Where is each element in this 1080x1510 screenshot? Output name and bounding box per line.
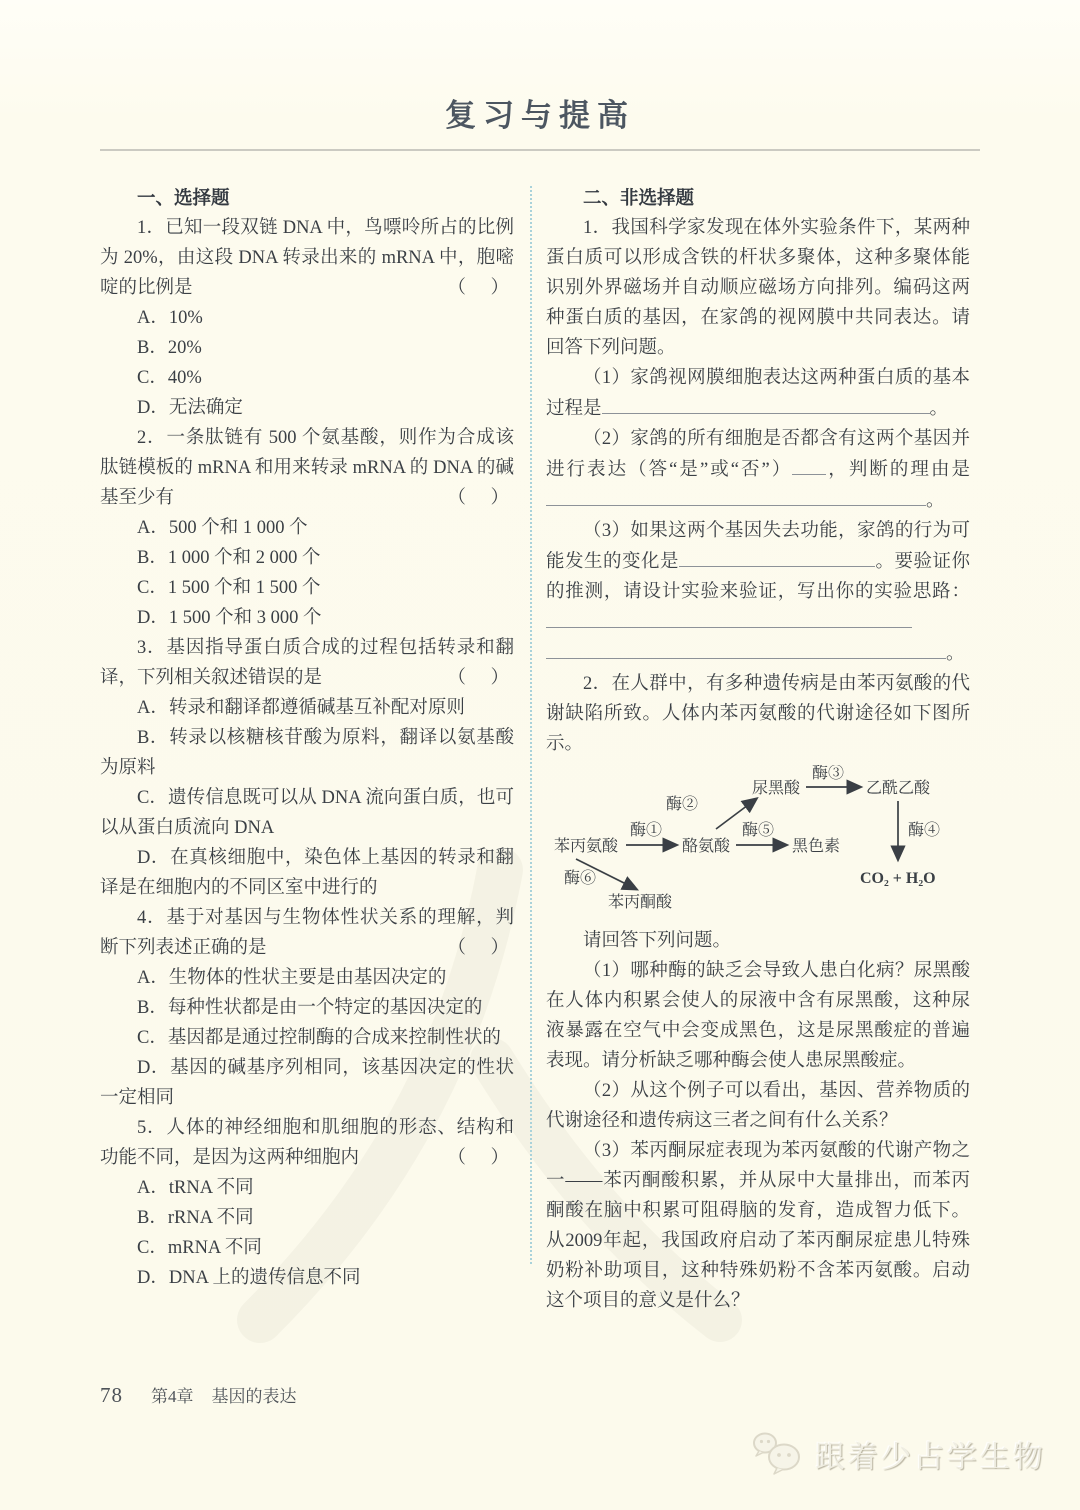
label-enzyme1: 酶① — [630, 821, 662, 839]
free-q2-prompt: 请回答下列问题。 — [546, 926, 970, 956]
answer-blank — [602, 393, 930, 414]
footer-section: 基因的表达 — [212, 1382, 297, 1407]
label-enzyme3: 酶③ — [812, 765, 844, 782]
answer-bracket: （ ） — [447, 273, 512, 303]
q5-option-d: D．DNA 上的遗传信息不同 — [100, 1263, 514, 1293]
left-column: 一、选择题 1．已知一段双链 DNA 中，鸟嘌呤所占的比例为 20%，由这段 D… — [100, 182, 514, 1316]
free-q2-part2: （2）从这个例子可以看出，基因、营养物质的代谢途径和遗传病这三者之间有什么关系？ — [546, 1076, 970, 1136]
label-enzyme4: 酶④ — [908, 821, 940, 839]
title-rule — [100, 149, 980, 151]
q1-option-d: D．无法确定 — [100, 393, 514, 423]
brand-watermark: 跟着少占学生物 — [751, 1430, 1046, 1478]
answer-blank — [792, 454, 826, 475]
q3-option-d: D．在真核细胞中，染色体上基因的转录和翻译是在细胞内的不同区室中进行的 — [100, 843, 514, 903]
node-acetoacetate: 乙酰乙酸 — [866, 779, 931, 797]
free-q1-part3-blank-line: 。 — [546, 638, 970, 669]
free-q1-part1: （1）家鸽视网膜细胞表达这两种蛋白质的基本过程是。 — [546, 363, 970, 424]
q4-stem: 4．基于对基因与生物体性状关系的理解，判断下列表述正确的是（ ） — [100, 903, 514, 963]
q5-stem: 5．人体的神经细胞和肌细胞的形态、结构和功能不同，是因为这两种细胞内（ ） — [100, 1113, 514, 1173]
free-q2-part3: （3）苯丙酮尿症表现为苯丙氨酸的代谢产物之一——苯丙酮酸积累，并从尿中大量排出，… — [546, 1136, 970, 1316]
section-title-choice: 一、选择题 — [100, 182, 514, 213]
free-q1-part3: （3）如果这两个基因失去功能，家鸽的行为可能发生的变化是。要验证你的推测，请设计… — [546, 516, 970, 638]
two-column-layout: 一、选择题 1．已知一段双链 DNA 中，鸟嘌呤所占的比例为 20%，由这段 D… — [100, 182, 982, 1316]
q4-option-b: B．每种性状都是由一个特定的基因决定的 — [100, 993, 514, 1023]
free-q1-part2: （2）家鸽的所有细胞是否都含有这两个基因并进行表达（答“是”或“否”），判断的理… — [546, 424, 970, 516]
q1-option-c: C．40% — [100, 363, 514, 393]
q1-option-a: A．10% — [100, 303, 514, 333]
metabolic-pathway-diagram: 苯丙氨酸 酪氨酸 尿黑酸 乙酰乙酸 CO₂ + H₂O 黑色素 苯丙酮酸 酶① … — [548, 765, 970, 922]
free-q2-part1: （1）哪种酶的缺乏会导致人患白化病？尿黑酸在人体内积累会使人的尿液中含有尿黑酸，… — [546, 956, 970, 1076]
q2-option-d: D．1 500 个和 3 000 个 — [100, 603, 514, 633]
q5-option-b: B．rRNA 不同 — [100, 1203, 514, 1233]
q4-option-d: D．基因的碱基序列相同，该基因决定的性状一定相同 — [100, 1053, 514, 1113]
footer-chapter: 第4章 — [151, 1382, 194, 1407]
q2-option-c: C．1 500 个和 1 500 个 — [100, 573, 514, 603]
section-title-free-response: 二、非选择题 — [546, 182, 970, 213]
node-melanin: 黑色素 — [792, 837, 840, 855]
brand-text: 跟着少占学生物 — [815, 1432, 1046, 1476]
free-q2-intro: 2．在人群中，有多种遗传病是由苯丙氨酸的代谢缺陷所致。人体内苯丙氨酸的代谢途径如… — [546, 669, 970, 759]
node-tyrosine: 酪氨酸 — [682, 837, 731, 855]
q2-option-a: A．500 个和 1 000 个 — [100, 513, 514, 543]
node-phenylalanine: 苯丙氨酸 — [554, 836, 619, 855]
page-number: 78 — [100, 1383, 123, 1408]
page-title: 复习与提高 — [0, 90, 1080, 135]
right-column: 二、非选择题 1．我国科学家发现在体外实验条件下，某两种蛋白质可以形成含铁的杆状… — [546, 182, 970, 1316]
answer-bracket: （ ） — [447, 933, 512, 963]
node-homogentisate: 尿黑酸 — [752, 779, 801, 797]
answer-bracket: （ ） — [447, 1143, 512, 1173]
q3-stem: 3．基因指导蛋白质合成的过程包括转录和翻译，下列相关叙述错误的是（ ） — [100, 633, 514, 693]
q4-option-c: C．基因都是通过控制酶的合成来控制性状的 — [100, 1023, 514, 1053]
q3-option-b: B．转录以核糖核苷酸为原料，翻译以氨基酸为原料 — [100, 723, 514, 783]
answer-bracket: （ ） — [447, 663, 512, 693]
q1-option-b: B．20% — [100, 333, 514, 363]
q2-stem: 2．一条肽链有 500 个氨基酸，则作为合成该肽链模板的 mRNA 和用来转录 … — [100, 423, 514, 513]
answer-blank — [546, 638, 946, 659]
page-footer: 78 第4章 基因的表达 — [100, 1382, 297, 1408]
node-phenylpyruvate: 苯丙酮酸 — [608, 892, 673, 911]
answer-bracket: （ ） — [447, 483, 512, 513]
label-enzyme2: 酶② — [666, 795, 698, 813]
q5-option-c: C．mRNA 不同 — [100, 1233, 514, 1263]
free-q1-intro: 1．我国科学家发现在体外实验条件下，某两种蛋白质可以形成含铁的杆状多聚体，这种多… — [546, 213, 970, 363]
q1-stem: 1．已知一段双链 DNA 中，鸟嘌呤所占的比例为 20%，由这段 DNA 转录出… — [100, 213, 514, 303]
answer-blank — [546, 607, 912, 628]
q3-option-a: A．转录和翻译都遵循碱基互补配对原则 — [100, 693, 514, 723]
q2-option-b: B．1 000 个和 2 000 个 — [100, 543, 514, 573]
q5-option-a: A．tRNA 不同 — [100, 1173, 514, 1203]
q4-option-a: A．生物体的性状主要是由基因决定的 — [100, 963, 514, 993]
node-co2-h2o: CO₂ + H₂O — [860, 870, 936, 887]
q3-option-c: C．遗传信息既可以从 DNA 流向蛋白质，也可以从蛋白质流向 DNA — [100, 783, 514, 843]
textbook-page: 复习与提高 一、选择题 1．已知一段双链 DNA 中，鸟嘌呤所占的比例为 20%… — [0, 0, 1080, 1510]
chat-bubbles-icon — [751, 1430, 805, 1478]
answer-blank — [679, 546, 875, 567]
label-enzyme5: 酶⑤ — [742, 821, 774, 839]
column-divider — [530, 186, 532, 1264]
answer-blank — [546, 485, 926, 506]
label-enzyme6: 酶⑥ — [564, 869, 596, 887]
